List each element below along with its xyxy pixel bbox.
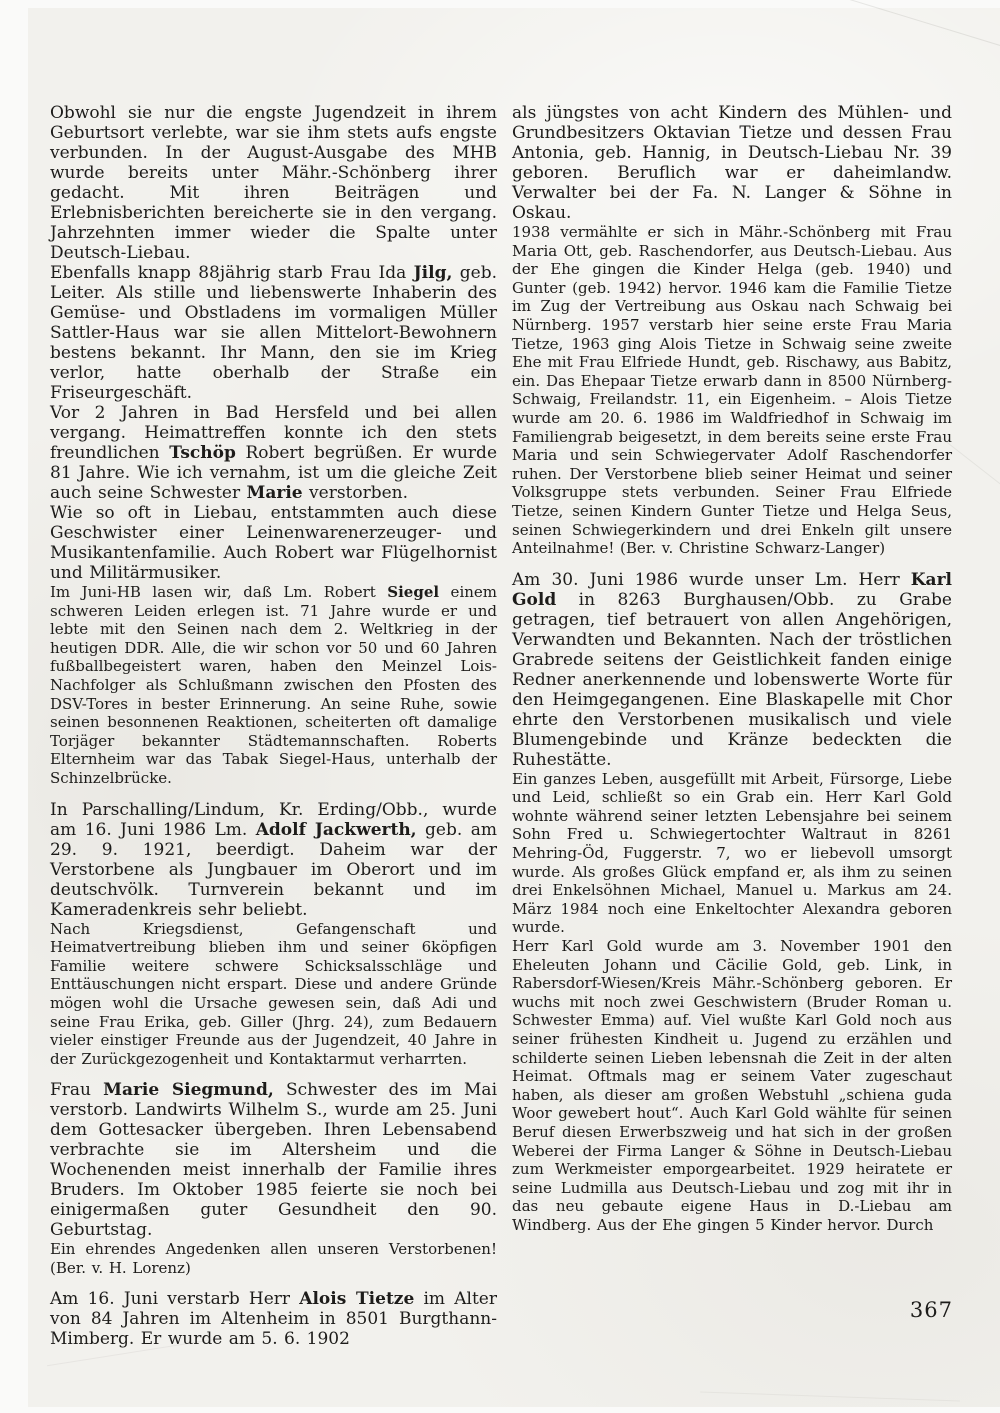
page-number: 367 bbox=[853, 1298, 953, 1322]
paragraph: Obwohl sie nur die engste Jugendzeit in … bbox=[50, 103, 497, 263]
column-right: als jüngstes von acht Kindern des Mühlen… bbox=[512, 103, 952, 1235]
paragraph: In Parschalling/Lindum, Kr. Erding/Obb.,… bbox=[50, 800, 497, 920]
text-run: Frau bbox=[50, 1080, 103, 1100]
text-run: Schwester des im Mai verstorb. Landwirts… bbox=[50, 1080, 497, 1240]
paragraph: als jüngstes von acht Kindern des Mühlen… bbox=[512, 103, 952, 223]
text-run: als jüngstes von acht Kindern des Mühlen… bbox=[512, 103, 952, 223]
scanned-newsletter-page: Obwohl sie nur die engste Jugendzeit in … bbox=[0, 0, 1000, 1413]
paragraph: Wie so oft in Liebau, entstammten auch d… bbox=[50, 503, 497, 583]
bold-name: Adolf Jackwerth, bbox=[256, 820, 417, 840]
text-run: Obwohl sie nur die engste Jugendzeit in … bbox=[50, 103, 497, 263]
paragraph: Am 16. Juni verstarb Herr Alois Tietze i… bbox=[50, 1289, 497, 1349]
text-run: Am 16. Juni verstarb Herr bbox=[50, 1289, 299, 1309]
text-run: verstorben. bbox=[303, 483, 408, 503]
bold-name: Tschöp bbox=[169, 443, 236, 463]
text-run: Nach Kriegsdienst, Gefangenschaft und He… bbox=[50, 920, 497, 1068]
text-run: Ebenfalls knapp 88jährig starb Frau Ida bbox=[50, 263, 414, 283]
paragraph: Am 30. Juni 1986 wurde unser Lm. Herr Ka… bbox=[512, 570, 952, 770]
text-run: Am 30. Juni 1986 wurde unser Lm. Herr bbox=[512, 570, 911, 590]
bold-name: Siegel bbox=[387, 583, 439, 601]
bold-name: Alois Tietze bbox=[299, 1289, 414, 1309]
text-run: einem schweren Leiden erlegen ist. 71 Ja… bbox=[50, 583, 497, 787]
paragraph: Ein ehrendes Angedenken allen unseren Ve… bbox=[50, 1240, 497, 1277]
text-run: Ein ganzes Leben, ausgefüllt mit Arbeit,… bbox=[512, 770, 952, 937]
paragraph: 1938 vermählte er sich in Mähr.-Schönber… bbox=[512, 223, 952, 558]
text-run: geb. Leiter. Als stille und liebenswerte… bbox=[50, 263, 497, 403]
paragraph: Ein ganzes Leben, ausgefüllt mit Arbeit,… bbox=[512, 770, 952, 937]
text-run: in 8263 Burghausen/Obb. zu Grabe getrage… bbox=[512, 590, 952, 770]
bold-name: Marie Siegmund, bbox=[103, 1080, 274, 1100]
text-run: Im Juni-HB lasen wir, daß Lm. Robert bbox=[50, 583, 387, 601]
bold-name: Jilg, bbox=[414, 263, 453, 283]
text-run: Wie so oft in Liebau, entstammten auch d… bbox=[50, 503, 497, 583]
paragraph: Im Juni-HB lasen wir, daß Lm. Robert Sie… bbox=[50, 583, 497, 788]
text-run: Herr Karl Gold wurde am 3. November 1901… bbox=[512, 937, 952, 1234]
bold-name: Marie bbox=[247, 483, 303, 503]
paragraph: Nach Kriegsdienst, Gefangenschaft und He… bbox=[50, 920, 497, 1069]
paragraph: Herr Karl Gold wurde am 3. November 1901… bbox=[512, 937, 952, 1235]
paragraph: Vor 2 Jahren in Bad Hersfeld und bei all… bbox=[50, 403, 497, 503]
text-run: 1938 vermählte er sich in Mähr.-Schönber… bbox=[512, 223, 952, 557]
paragraph: Ebenfalls knapp 88jährig starb Frau Ida … bbox=[50, 263, 497, 403]
text-run: Ein ehrendes Angedenken allen unseren Ve… bbox=[50, 1240, 497, 1277]
paragraph: Frau Marie Siegmund, Schwester des im Ma… bbox=[50, 1080, 497, 1240]
column-left: Obwohl sie nur die engste Jugendzeit in … bbox=[50, 103, 497, 1349]
